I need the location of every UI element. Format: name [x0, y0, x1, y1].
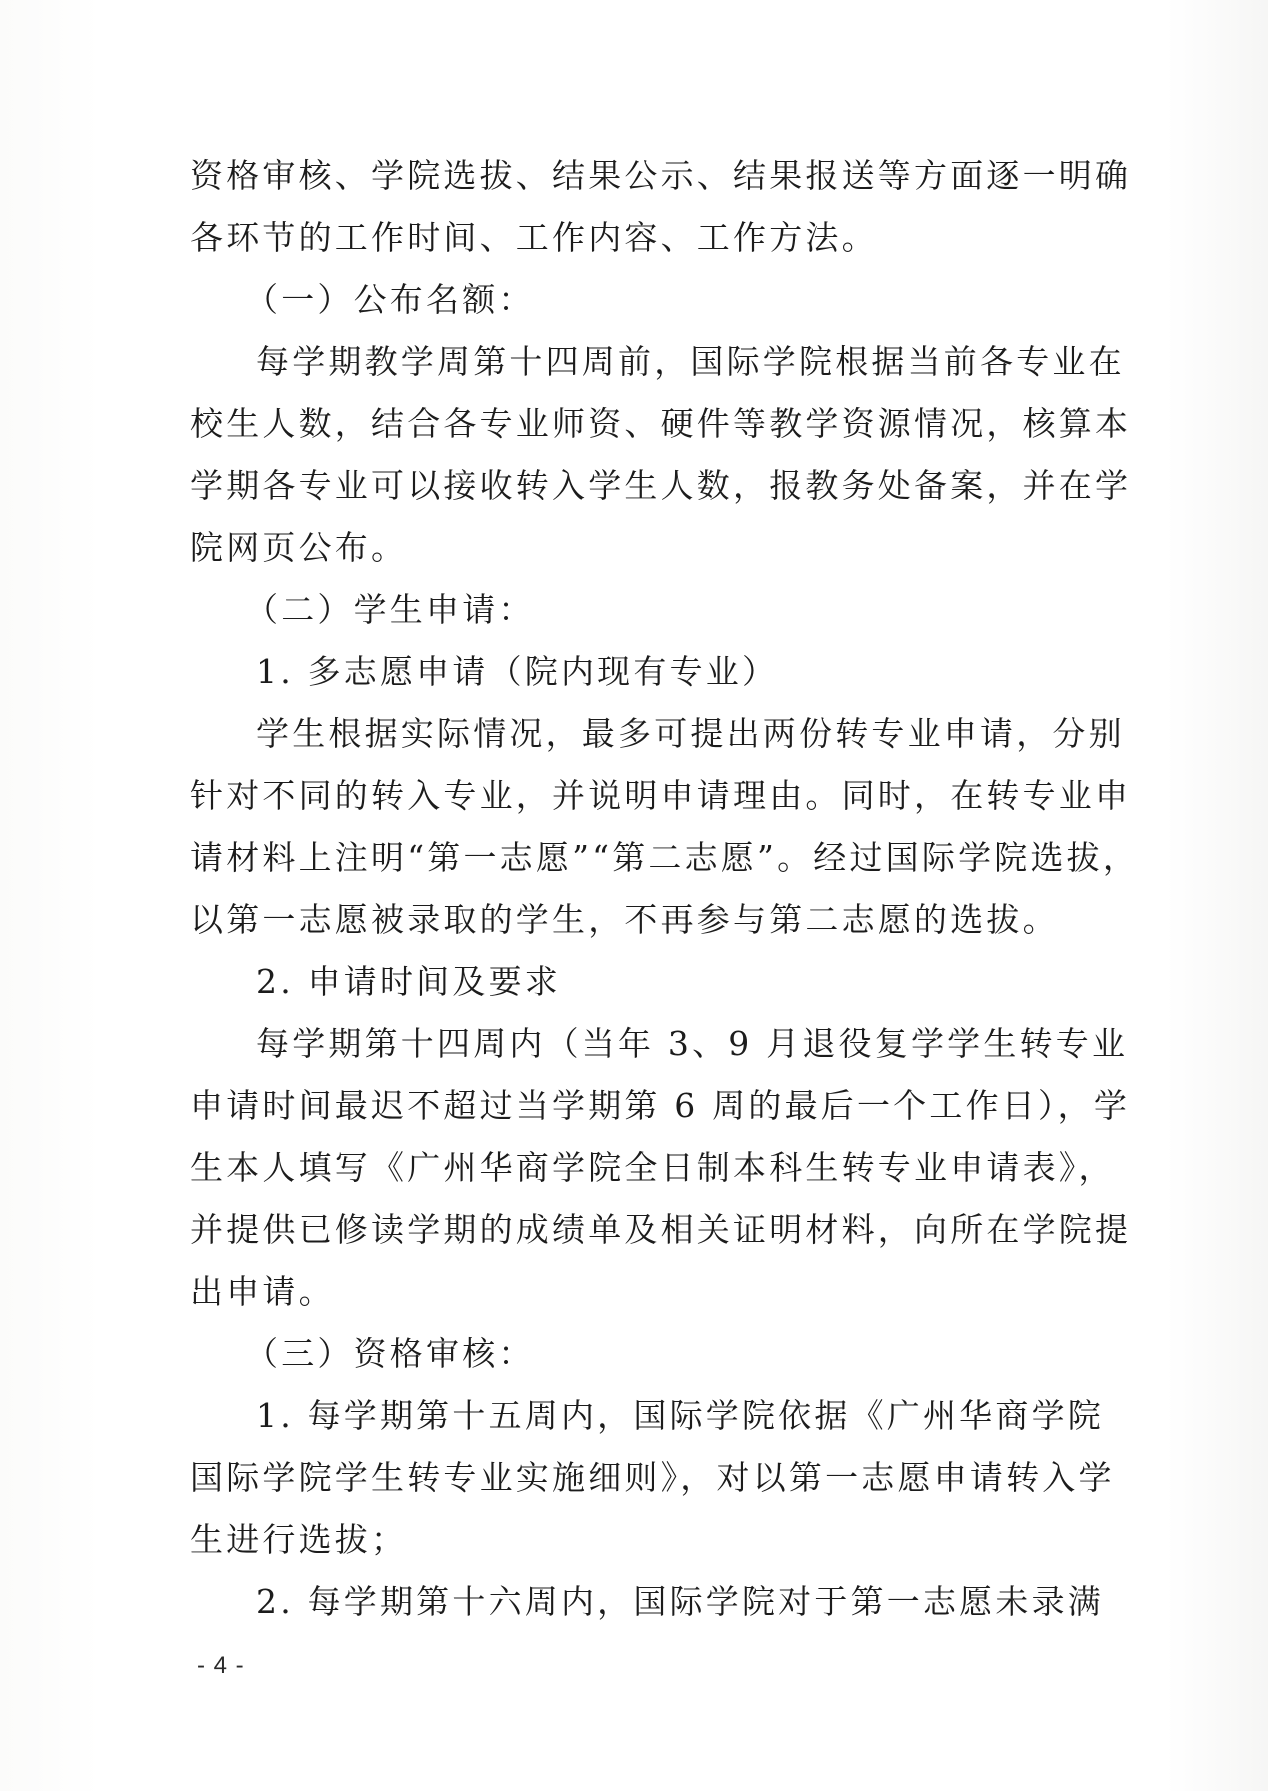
text-line: 学生根据实际情况，最多可提出两份转专业申请，分别 [190, 703, 1080, 765]
text-line: 各环节的工作时间、工作内容、工作方法。 [190, 207, 1080, 269]
text-line: 资格审核、学院选拔、结果公示、结果报送等方面逐一明确 [190, 145, 1080, 207]
subheading-multiple-choices: 1. 多志愿申请（院内现有专业） [190, 641, 1080, 703]
text-line: 申请时间最迟不超过当学期第 6 周的最后一个工作日），学 [190, 1075, 1080, 1137]
section-heading-announce-quota: （一）公布名额： [190, 269, 1080, 331]
section-heading-qualification-review: （三）资格审核： [190, 1323, 1080, 1385]
text-line: 2. 每学期第十六周内，国际学院对于第一志愿未录满 [190, 1571, 1080, 1633]
text-line: 生进行选拔； [190, 1509, 1080, 1571]
text-line: 每学期第十四周内（当年 3、9 月退役复学学生转专业 [190, 1013, 1080, 1075]
text-line: 出申请。 [190, 1261, 1080, 1323]
page-number: - 4 - [197, 1652, 245, 1680]
text-line: 校生人数，结合各专业师资、硬件等教学资源情况，核算本 [190, 393, 1080, 455]
text-line: 生本人填写《广州华商学院全日制本科生转专业申请表》， [190, 1137, 1080, 1199]
text-line: 每学期教学周第十四周前，国际学院根据当前各专业在 [190, 331, 1080, 393]
document-page: 资格审核、学院选拔、结果公示、结果报送等方面逐一明确 各环节的工作时间、工作内容… [0, 0, 1268, 1791]
text-line: 以第一志愿被录取的学生，不再参与第二志愿的选拔。 [190, 889, 1080, 951]
text-line: 请材料上注明“第一志愿”“第二志愿”。经过国际学院选拔， [190, 827, 1080, 889]
text-line: 针对不同的转入专业，并说明申请理由。同时，在转专业申 [190, 765, 1080, 827]
text-line: 学期各专业可以接收转入学生人数，报教务处备案，并在学 [190, 455, 1080, 517]
text-line: 国际学院学生转专业实施细则》，对以第一志愿申请转入学 [190, 1447, 1080, 1509]
text-line: 院网页公布。 [190, 517, 1080, 579]
text-line: 1. 每学期第十五周内，国际学院依据《广州华商学院 [190, 1385, 1080, 1447]
document-body: 资格审核、学院选拔、结果公示、结果报送等方面逐一明确 各环节的工作时间、工作内容… [190, 145, 1080, 1633]
section-heading-student-application: （二）学生申请： [190, 579, 1080, 641]
subheading-application-time: 2. 申请时间及要求 [190, 951, 1080, 1013]
text-line: 并提供已修读学期的成绩单及相关证明材料，向所在学院提 [190, 1199, 1080, 1261]
